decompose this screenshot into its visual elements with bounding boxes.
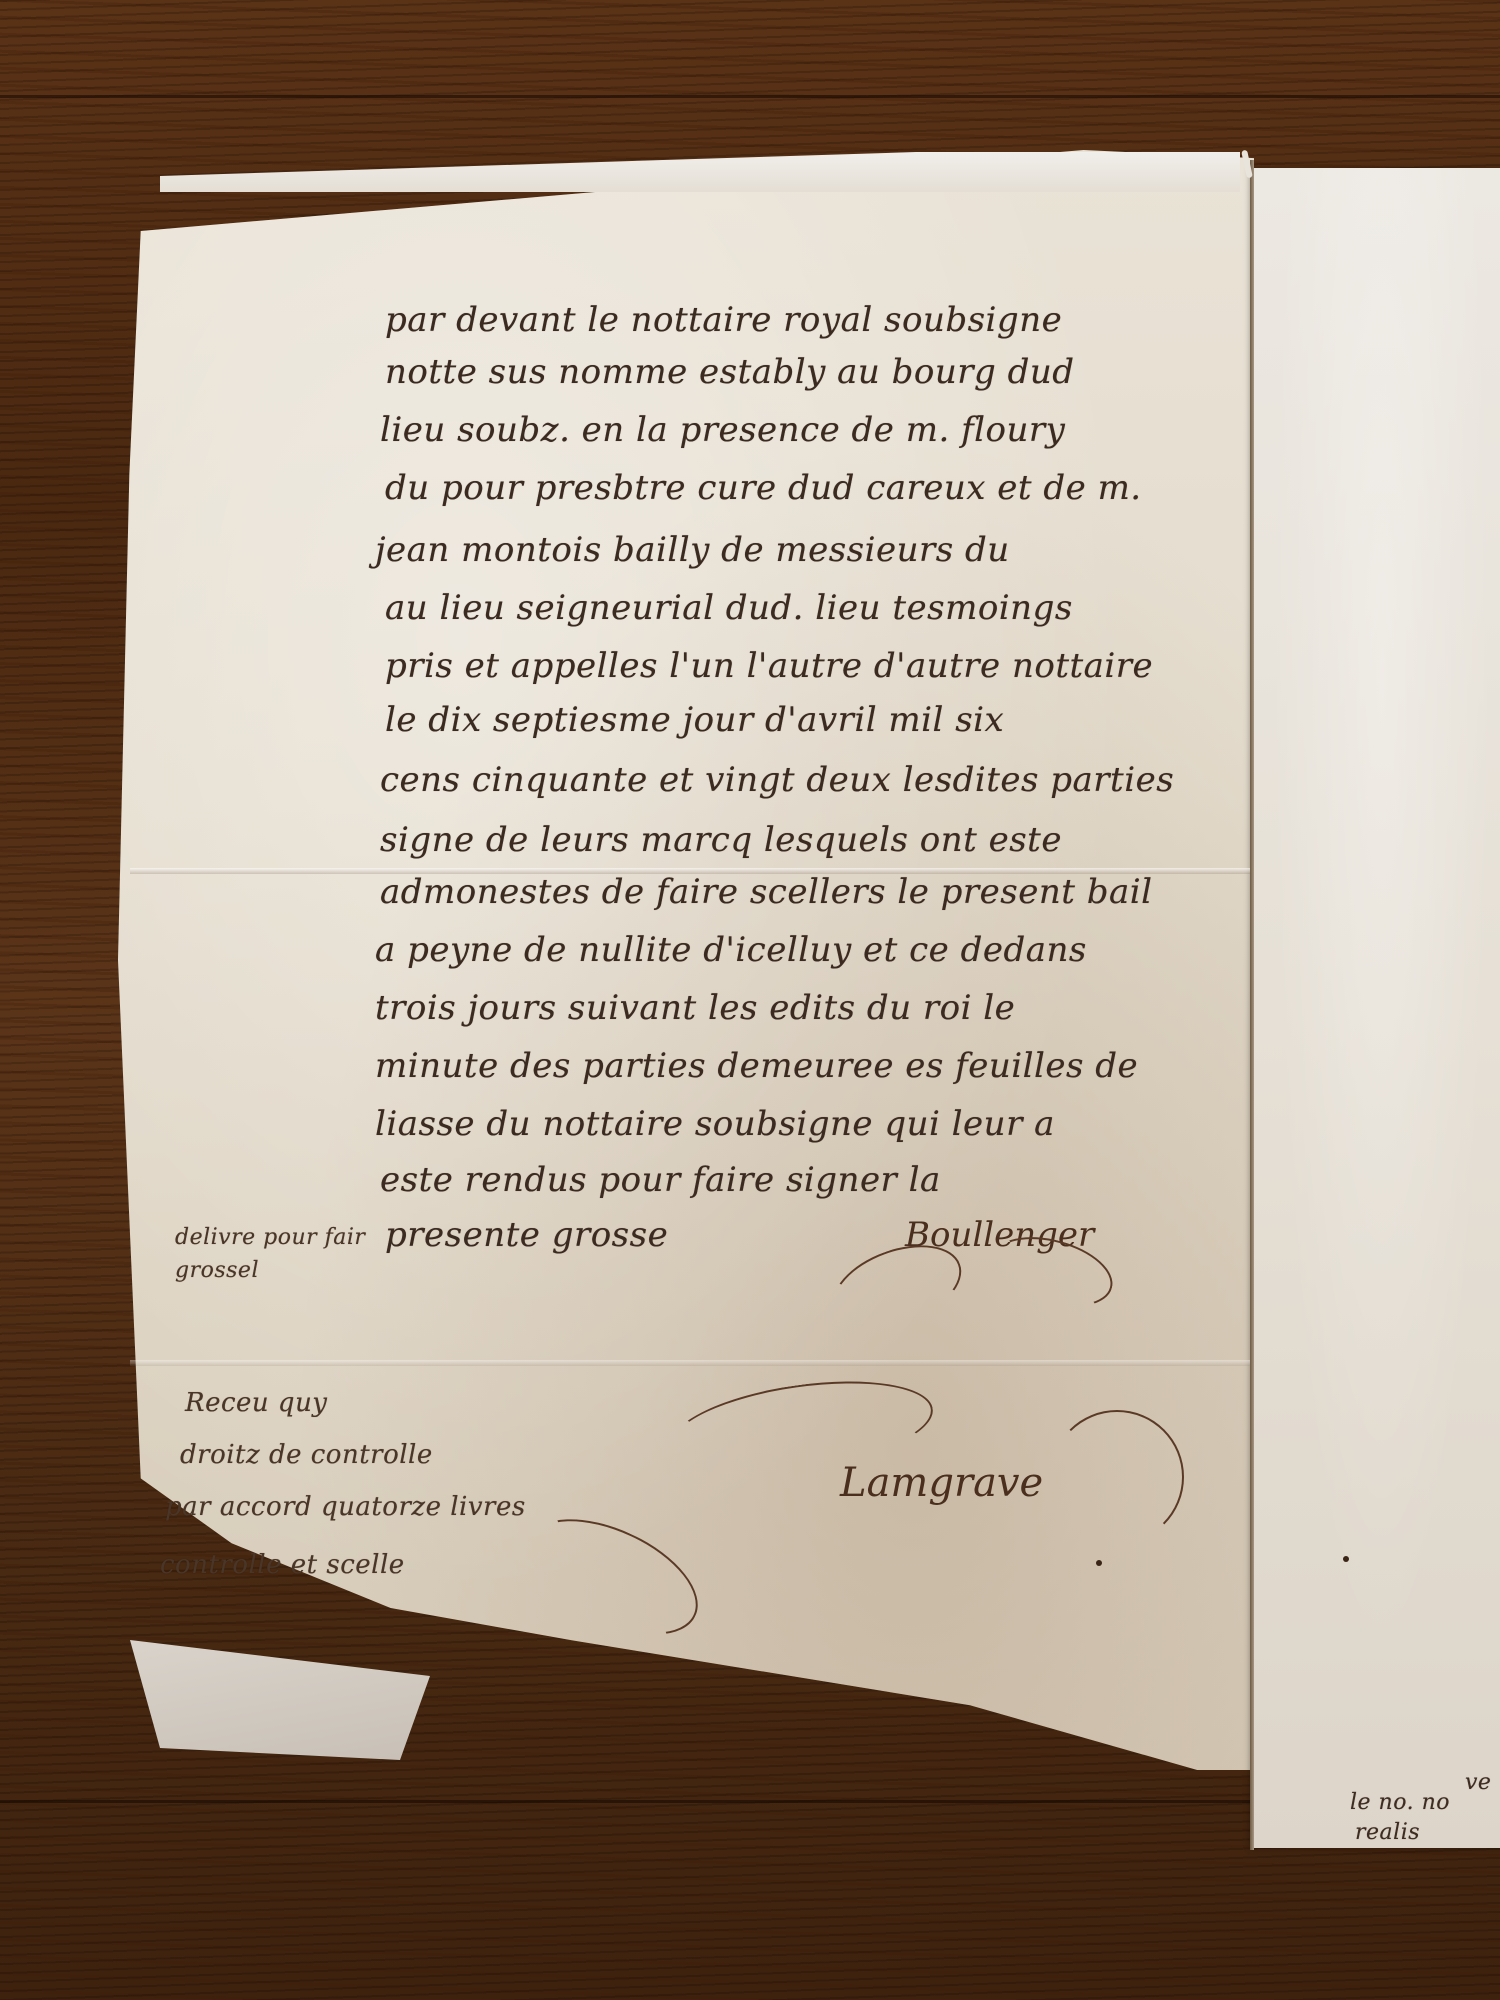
body-line: este rendus pour faire signer la bbox=[380, 1160, 941, 1200]
binding-spine bbox=[1250, 160, 1254, 1850]
body-line: signe de leurs marcq lesquels ont este bbox=[380, 820, 1062, 860]
body-line: presente grosse bbox=[385, 1215, 668, 1255]
body-line: a peyne de nullite d'icelluy et ce dedan… bbox=[375, 930, 1087, 970]
right-page-note: le no. no bbox=[1350, 1790, 1450, 1815]
fold-crease bbox=[130, 1360, 1250, 1366]
body-line: trois jours suivant les edits du roi le bbox=[375, 988, 1015, 1028]
margin-note-lower: controlle et scelle bbox=[160, 1550, 405, 1580]
parchment-hole bbox=[1343, 1556, 1349, 1562]
margin-note-upper: grossel bbox=[175, 1258, 259, 1283]
body-line: jean montois bailly de messieurs du bbox=[375, 530, 1010, 570]
table-seam-top bbox=[0, 95, 1500, 98]
right-page-note: realis bbox=[1355, 1820, 1420, 1845]
margin-note-upper: delivre pour fair bbox=[175, 1225, 365, 1250]
body-line: minute des parties demeuree es feuilles … bbox=[375, 1046, 1138, 1086]
right-page-note: ve bbox=[1465, 1770, 1491, 1795]
body-line: pris et appelles l'un l'autre d'autre no… bbox=[385, 646, 1153, 686]
body-line: admonestes de faire scellers le present … bbox=[380, 872, 1153, 912]
body-line: lieu soubz. en la presence de m. floury bbox=[380, 410, 1065, 450]
body-line: du pour presbtre cure dud careux et de m… bbox=[385, 468, 1142, 508]
margin-note-lower: droitz de controlle bbox=[180, 1440, 433, 1470]
folded-under-sheet bbox=[130, 1640, 430, 1760]
body-line: liasse du nottaire soubsigne qui leur a bbox=[375, 1104, 1055, 1144]
body-line: au lieu seigneurial dud. lieu tesmoings bbox=[385, 588, 1073, 628]
margin-note-lower: Receu quy bbox=[185, 1388, 328, 1418]
body-line: par devant le nottaire royal soubsigne bbox=[385, 300, 1062, 340]
body-line: cens cinquante et vingt deux lesdites pa… bbox=[380, 760, 1174, 800]
parchment-right-page bbox=[1252, 168, 1500, 1848]
parchment-top-fold bbox=[160, 152, 1240, 192]
body-line: le dix septiesme jour d'avril mil six bbox=[385, 700, 1004, 740]
signature-flourish bbox=[1050, 1410, 1184, 1544]
margin-note-lower: par accord quatorze livres bbox=[165, 1492, 526, 1522]
parchment-hole bbox=[1096, 1560, 1102, 1566]
body-line: notte sus nomme estably au bourg dud bbox=[385, 352, 1075, 392]
signature-lamgrave: Lamgrave bbox=[840, 1460, 1043, 1506]
